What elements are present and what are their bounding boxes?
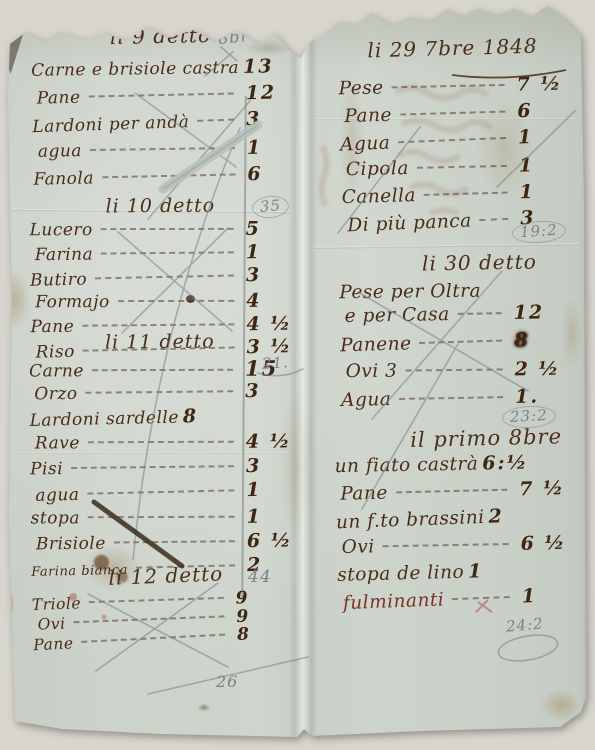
item-label: Farina — [35, 245, 94, 266]
pencil-total: 24:2 — [505, 614, 544, 635]
dash-line — [114, 540, 235, 543]
dash-line — [452, 596, 510, 600]
item-value: 1 — [242, 241, 292, 263]
ledger-row: Formajo 4 — [30, 290, 292, 314]
ledger-section-il-primo-8bre: il primo 8bre un fiato castrà 6:½ Pane 7… — [334, 424, 575, 618]
ledger-row: Cipola 1 — [341, 154, 572, 186]
item-label: Carne e brisiole castra — [31, 58, 239, 81]
ledger-row: Rave 4 ½ — [30, 431, 292, 457]
item-value: 12 — [509, 301, 565, 324]
item-value: 6 ½ — [516, 532, 572, 555]
item-value: 12 — [241, 81, 291, 104]
dash-line — [197, 119, 234, 122]
red-streak-left-edge — [6, 586, 15, 622]
entry-rows: Pese 7 ½ Pane 6 Agua 1 Cipola 1 Canella … — [338, 72, 572, 240]
item-label: agua — [38, 141, 82, 162]
pencil-total: 44 — [248, 567, 272, 587]
dash-line — [419, 340, 502, 344]
item-label: Lardoni sardelle — [29, 408, 179, 431]
item-label: stopa de lino — [337, 562, 464, 586]
pencil-total: 19:2 — [511, 219, 566, 245]
dash-line — [88, 516, 235, 519]
item-label: Lardoni per andà — [32, 112, 190, 137]
dash-line — [383, 543, 509, 547]
item-value: 1 — [515, 180, 572, 204]
dash-line — [398, 137, 506, 143]
item-value: 1 — [515, 154, 571, 177]
item-value: 4 ½ — [242, 431, 292, 453]
item-value: 8 — [233, 623, 284, 646]
ledger-section-li-11-detto: li 11 detto Carne 15 Orzo 3 Lardoni sard… — [29, 330, 294, 583]
section-date-header: li 9 detto — [30, 21, 291, 59]
ledger-row: un fiato castrà 6:½ — [334, 451, 570, 482]
item-label: Fanola — [33, 168, 94, 189]
section-date-header: li 30 detto — [339, 249, 565, 283]
item-value: 1 — [243, 506, 293, 528]
dash-line — [118, 300, 235, 302]
item-value: 1 — [517, 584, 574, 608]
entry-rows: Triole 9 Ovi 9 Pane 8 — [32, 586, 284, 653]
item-label: Ovi 3 — [346, 361, 398, 383]
item-label: Panene — [340, 333, 412, 356]
dash-line — [86, 390, 234, 394]
item-value: 2 — [484, 505, 504, 528]
entry-rows: un fiato castrà 6:½ Pane 7 ½ un f.to bra… — [334, 450, 574, 618]
item-label: un fiato castrà — [334, 454, 478, 478]
item-value: 3 — [241, 380, 291, 403]
horizontal-crease — [314, 243, 580, 249]
item-label: Ovi — [37, 615, 66, 634]
item-value: 4 — [242, 290, 292, 312]
pencil-total: 21. — [261, 353, 289, 373]
dash-line — [89, 92, 234, 97]
dash-line — [400, 111, 505, 116]
ledger-row: Panene 8 — [340, 328, 567, 363]
item-value: 6:½ — [478, 452, 528, 475]
dash-line — [458, 312, 502, 315]
section-date-header: li 29 7bre 1848 — [337, 33, 568, 78]
ledger-section-li-12-detto: li 12 detto Triole 9 Ovi 9 Pane 8 — [30, 559, 283, 653]
ledger-row: Carne e brisiole castra 13 — [31, 55, 291, 86]
ledger-section-li-29-7bre-1848: li 29 7bre 1848 Pese 7 ½ Pane 6 Agua 1 C… — [337, 33, 573, 240]
center-fold-crease — [289, 0, 317, 750]
ledger-row: Lucero 5 — [30, 218, 292, 242]
item-label: Orzo — [34, 384, 77, 404]
paper-shadow-wrap: li 9 detto Carne e brisiole castra 13 Pa… — [0, 0, 595, 750]
ledger-row: Ovi 3 2 ½ — [341, 358, 567, 388]
item-label: Pisi — [30, 459, 63, 479]
dash-line — [88, 441, 234, 444]
item-value: 8 — [179, 405, 199, 427]
ledger-row: Butiro 3 — [30, 263, 292, 292]
item-label: fulminanti — [343, 589, 445, 614]
item-label: Pane — [344, 105, 392, 127]
ledger-row: Carne 15 — [29, 356, 291, 382]
item-value: 6 ½ — [243, 530, 293, 553]
item-value: 1 — [242, 478, 292, 501]
item-value: 5 — [242, 218, 292, 240]
entry-rows: Pese per Oltra e per Casa 12 Panene 8 Ov… — [339, 279, 567, 417]
item-label: un f.to brassini — [336, 507, 485, 533]
dash-line — [87, 489, 234, 494]
item-label: Pane — [340, 483, 388, 505]
ledger-row: Pese per Oltra — [339, 280, 565, 304]
item-label: Ovi — [341, 536, 374, 558]
item-label: Butiro — [30, 270, 87, 291]
entry-rows: Carne 15 Orzo 3 Lardoni sardelle 8 Rave … — [29, 355, 293, 583]
dash-line — [89, 597, 224, 603]
item-label: Agua — [341, 389, 392, 411]
item-value: 3 — [242, 263, 292, 286]
stain-bottom-right — [534, 684, 588, 726]
dash-line — [399, 396, 503, 400]
ledger-row: Lardoni sardelle 8 — [29, 403, 291, 434]
item-label: Pese — [338, 77, 383, 99]
item-value: 9 — [231, 587, 282, 609]
ledger-row: stopa 1 — [31, 506, 293, 532]
item-label: Pese per Oltra — [339, 281, 481, 303]
photo-frame: { "document_kind": "handwritten househol… — [0, 0, 595, 750]
item-label: Pane — [37, 88, 81, 109]
item-value: 1 — [464, 560, 484, 582]
dash-line — [396, 489, 507, 494]
ledger-row: Ovi 6 ½ — [336, 532, 572, 563]
ledger-row: Pese 7 ½ — [338, 73, 569, 105]
dash-line — [102, 173, 235, 178]
dash-line — [92, 369, 233, 371]
item-value: 3 — [242, 455, 292, 478]
dash-line — [71, 465, 234, 469]
ledger-section-li-9-detto: li 9 detto Carne e brisiole castra 13 Pa… — [30, 21, 293, 194]
item-value: 2 ½ — [511, 358, 567, 381]
item-label: Lucero — [30, 220, 93, 240]
dash-line — [424, 192, 508, 196]
dash-line — [392, 84, 505, 88]
item-value: 1. — [511, 385, 567, 408]
pencil-total: 26 — [216, 672, 238, 691]
item-value: 6 — [243, 162, 293, 185]
item-value: 7 ½ — [512, 73, 568, 96]
item-label: Agua — [340, 133, 391, 156]
item-label: Cipola — [346, 158, 409, 180]
item-value: 6 — [513, 99, 570, 123]
item-value: 13 — [239, 55, 274, 77]
item-label: agua — [35, 485, 80, 506]
item-value: 1 — [514, 124, 571, 148]
speck-bottom — [196, 702, 212, 713]
dash-line — [101, 228, 234, 230]
ledger-row: agua 1 — [30, 478, 292, 509]
dash-line — [417, 165, 507, 169]
item-value: 7 ½ — [515, 477, 572, 500]
item-label: Triole — [32, 594, 82, 614]
item-label: stopa — [31, 508, 80, 528]
dash-line — [405, 368, 502, 371]
manuscript-paper: li 9 detto Carne e brisiole castra 13 Pa… — [0, 0, 595, 750]
dash-line — [73, 615, 224, 623]
item-value: 1 — [243, 136, 293, 159]
dash-line — [101, 251, 234, 254]
item-label: Brisiole — [36, 534, 106, 555]
dash-line — [90, 147, 235, 151]
item-label: e per Casa — [345, 304, 450, 327]
item-value: 8 — [510, 328, 567, 352]
ledger-section-li-30-detto: li 30 detto Pese per Oltra e per Casa 12… — [339, 249, 568, 417]
ledger-row: agua 1 — [33, 136, 293, 167]
item-label: Di più panca — [347, 210, 472, 236]
dash-line — [95, 274, 234, 279]
item-label: Rave — [35, 433, 80, 453]
entry-rows: Carne e brisiole castra 13 Pane 12 Lardo… — [31, 54, 294, 194]
section-date-header: li 11 detto — [29, 330, 291, 358]
item-label: Carne — [29, 361, 84, 381]
dash-line — [480, 218, 509, 221]
item-label: Canella — [341, 185, 416, 208]
ledger-row: Fanola 6 — [33, 162, 294, 194]
dash-line — [81, 634, 225, 643]
item-value: 3 — [242, 107, 293, 131]
dash-line — [82, 323, 234, 326]
item-label: Pane — [33, 634, 74, 654]
item-label: Formajo — [35, 292, 110, 312]
